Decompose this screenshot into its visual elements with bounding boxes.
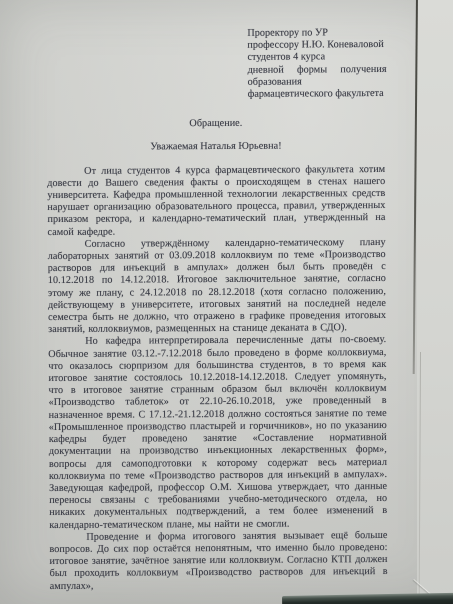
recipient-line: Проректору по УР: [247, 27, 386, 40]
table-edge: [282, 593, 453, 604]
recipient-line: студентов 4 курса: [247, 51, 386, 64]
paragraph-plan: Согласно утверждённому календарно-темати…: [48, 237, 387, 337]
letter-body: От лица студентов 4 курса фармацевтическ…: [47, 164, 388, 593]
recipient-block: Проректору по УР профессору Н.Ю. Коневал…: [247, 27, 386, 101]
recipient-line: профессору Н.Ю. Коневаловой: [247, 39, 386, 52]
document-page: Проректору по УР профессору Н.Ю. Коневал…: [46, 23, 387, 593]
paragraph-questions: Проведение и форма итогового занятия выз…: [49, 530, 387, 593]
document-title: Обращение.: [47, 117, 385, 131]
paragraph-intro: От лица студентов 4 курса фармацевтическ…: [47, 164, 385, 239]
photographed-letter: Проректору по УР профессору Н.Ю. Коневал…: [0, 0, 453, 604]
recipient-line: образования: [248, 76, 387, 89]
recipient-line: дневной формы получения: [248, 64, 387, 77]
underlying-sheet: [417, 0, 453, 604]
recipient-line: фармацевтического факультета: [248, 88, 387, 101]
paragraph-dates: Но кафедра интерпретировала перечисленны…: [48, 334, 387, 531]
salutation: Уважаемая Наталья Юрьевна!: [47, 140, 385, 154]
